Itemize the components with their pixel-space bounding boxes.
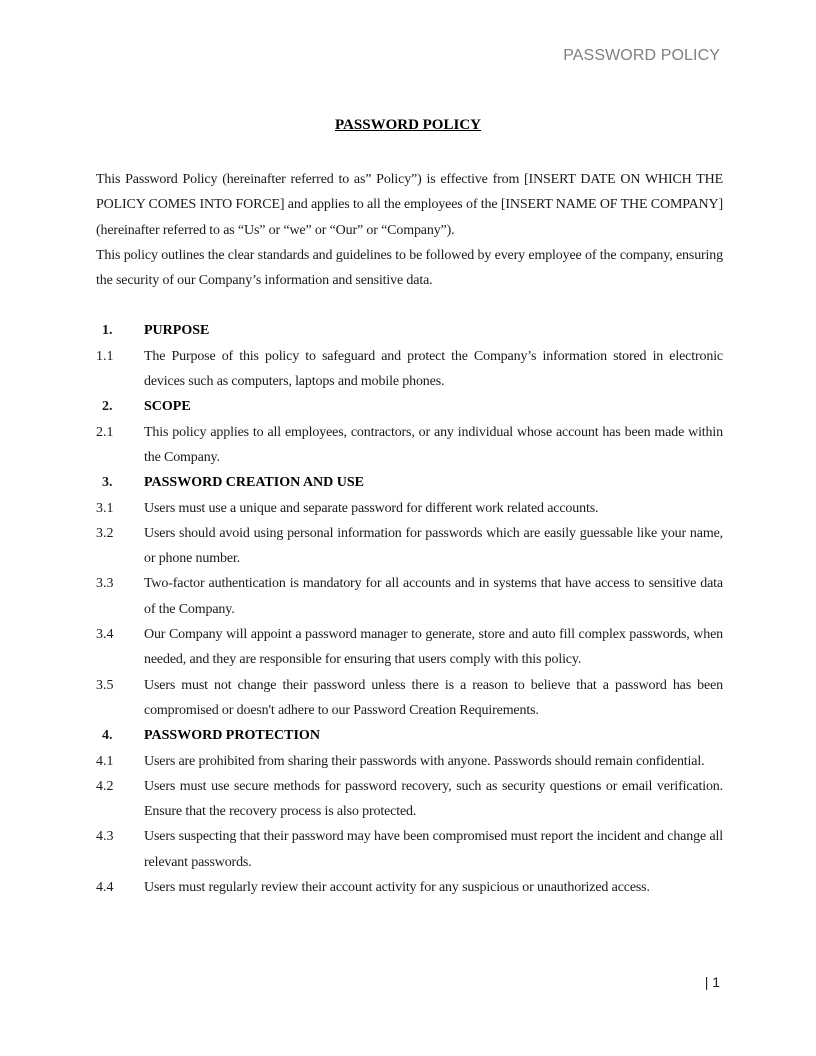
clause-text: The Purpose of this policy to safeguard …: [144, 344, 723, 395]
clause: 4.3 Users suspecting that their password…: [96, 824, 723, 875]
intro-paragraph: This policy outlines the clear standards…: [96, 243, 723, 294]
clause: 4.2 Users must use secure methods for pa…: [96, 774, 723, 825]
document-title: PASSWORD POLICY: [0, 117, 816, 134]
clause-number: 3.4: [96, 622, 144, 673]
clause: 4.1 Users are prohibited from sharing th…: [96, 749, 723, 774]
clause: 4.4 Users must regularly review their ac…: [96, 875, 723, 900]
section-heading: 2. SCOPE: [96, 394, 723, 419]
clause-number: 4.3: [96, 824, 144, 875]
clause-number: 2.1: [96, 420, 144, 471]
clause-number: 3.3: [96, 571, 144, 622]
intro-paragraph: This Password Policy (hereinafter referr…: [96, 167, 723, 243]
clause-text: Two-factor authentication is mandatory f…: [144, 571, 723, 622]
clause: 2.1 This policy applies to all employees…: [96, 420, 723, 471]
section-title: PASSWORD CREATION AND USE: [144, 470, 364, 495]
clause-text: Users suspecting that their password may…: [144, 824, 723, 875]
clause-number: 4.4: [96, 875, 144, 900]
clause: 3.4 Our Company will appoint a password …: [96, 622, 723, 673]
page-number: | 1: [705, 974, 720, 990]
clause-text: Our Company will appoint a password mana…: [144, 622, 723, 673]
section-heading: 1. PURPOSE: [96, 318, 723, 343]
clause: 3.2 Users should avoid using personal in…: [96, 521, 723, 572]
clause-number: 3.5: [96, 673, 144, 724]
clause-number: 3.1: [96, 496, 144, 521]
document-body: This Password Policy (hereinafter referr…: [96, 167, 723, 900]
clause-text: Users must not change their password unl…: [144, 673, 723, 724]
clause: 3.3 Two-factor authentication is mandato…: [96, 571, 723, 622]
clause: 3.1 Users must use a unique and separate…: [96, 496, 723, 521]
section-title: PURPOSE: [144, 318, 209, 343]
section-title: SCOPE: [144, 394, 191, 419]
section-heading: 3. PASSWORD CREATION AND USE: [96, 470, 723, 495]
spacer: [96, 293, 723, 318]
clause: 3.5 Users must not change their password…: [96, 673, 723, 724]
section-number: 3.: [96, 470, 144, 495]
clause-text: Users must regularly review their accoun…: [144, 875, 723, 900]
clause-number: 3.2: [96, 521, 144, 572]
clause-number: 4.2: [96, 774, 144, 825]
section-number: 2.: [96, 394, 144, 419]
clause-text: Users are prohibited from sharing their …: [144, 749, 723, 774]
section-number: 4.: [96, 723, 144, 748]
clause-text: Users must use secure methods for passwo…: [144, 774, 723, 825]
section-number: 1.: [96, 318, 144, 343]
section-title: PASSWORD PROTECTION: [144, 723, 320, 748]
clause-text: Users must use a unique and separate pas…: [144, 496, 723, 521]
section-heading: 4. PASSWORD PROTECTION: [96, 723, 723, 748]
clause: 1.1 The Purpose of this policy to safegu…: [96, 344, 723, 395]
clause-number: 4.1: [96, 749, 144, 774]
clause-number: 1.1: [96, 344, 144, 395]
running-header: PASSWORD POLICY: [563, 47, 720, 65]
clause-text: Users should avoid using personal inform…: [144, 521, 723, 572]
document-page: PASSWORD POLICY PASSWORD POLICY This Pas…: [0, 0, 816, 1056]
clause-text: This policy applies to all employees, co…: [144, 420, 723, 471]
